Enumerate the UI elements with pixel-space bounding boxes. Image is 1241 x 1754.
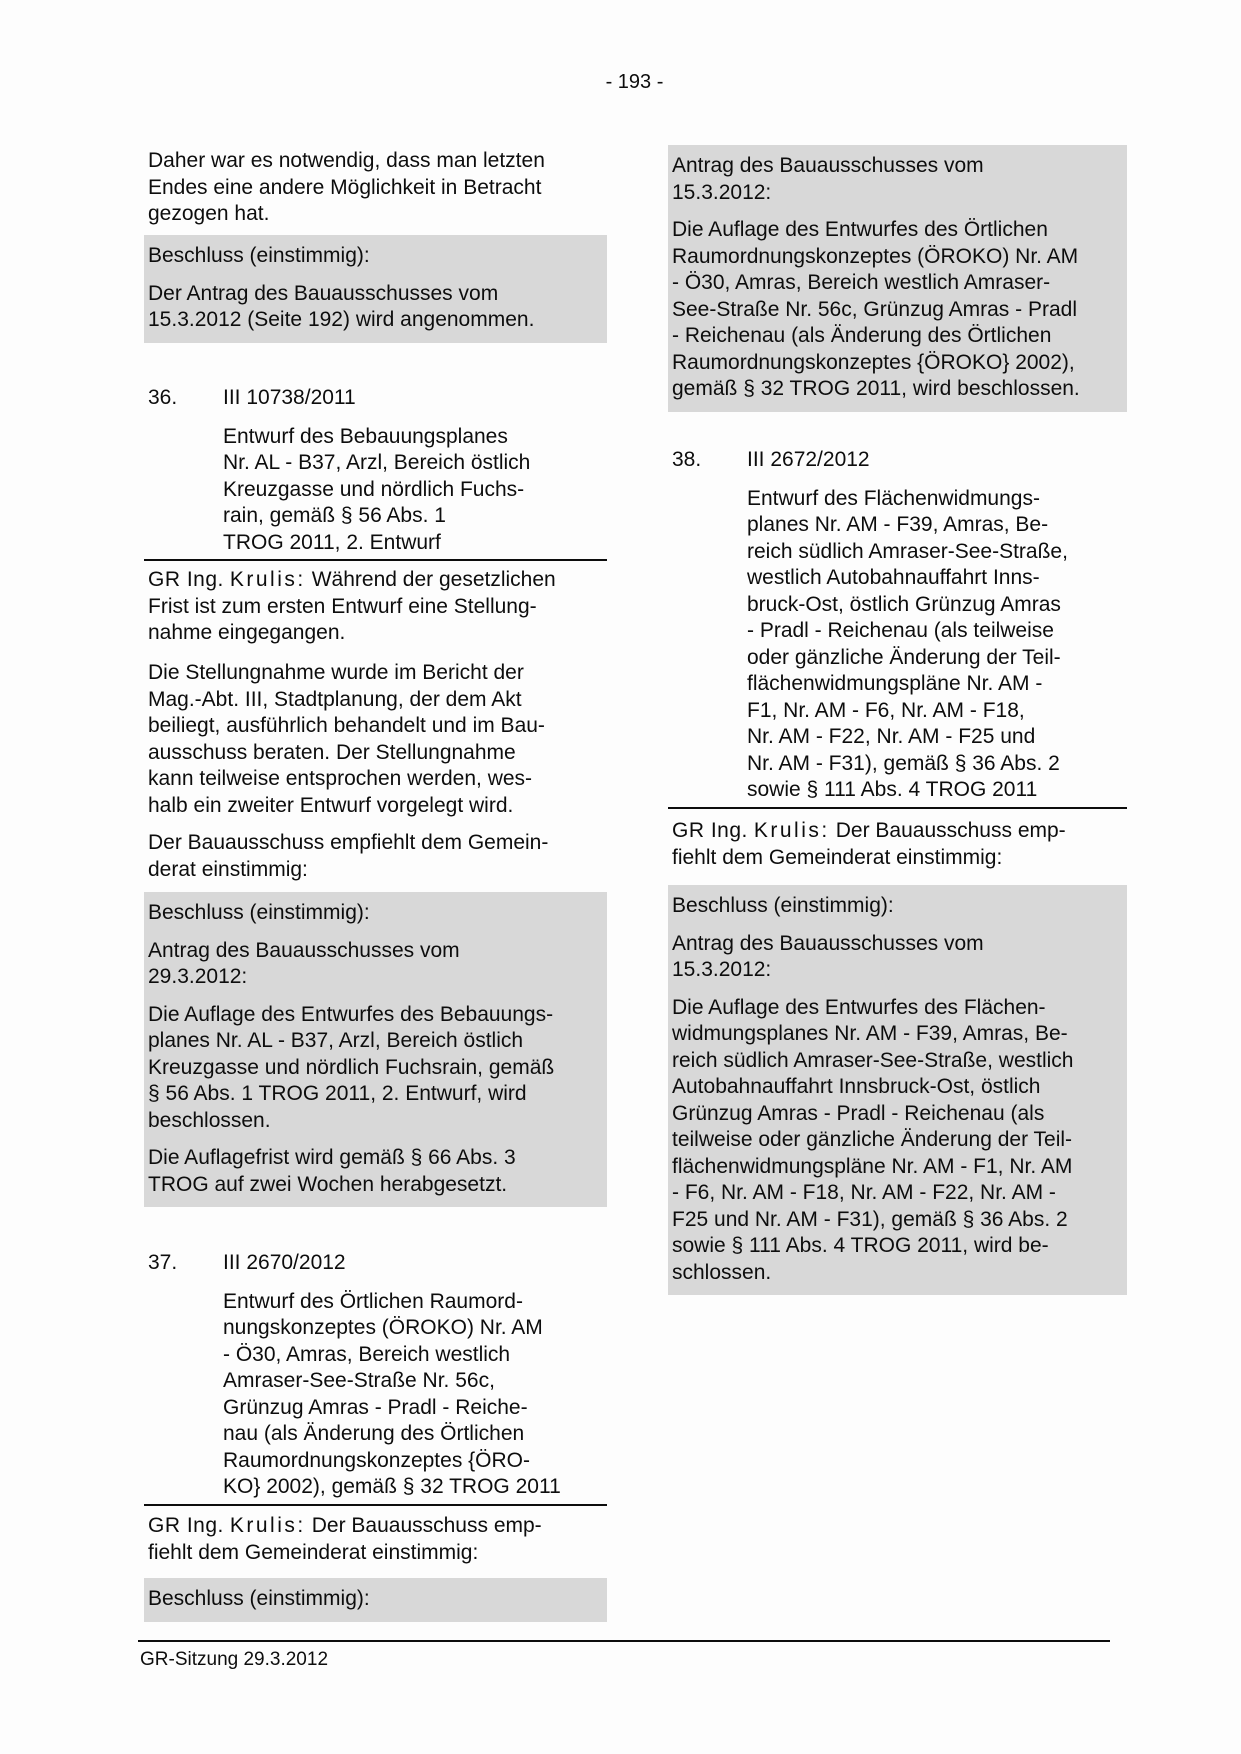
separator-rule [668, 807, 1127, 809]
agenda-item-header: 38.III 2672/2012 [672, 447, 1123, 474]
text-line: Die Auflage des Entwurfes des Örtlichen [672, 217, 1121, 244]
text-line: 29.3.2012: [148, 964, 601, 991]
text-line: Frist ist zum ersten Entwurf eine Stellu… [148, 594, 603, 621]
text-line: fiehlt dem Gemeinderat einstimmig: [148, 1540, 603, 1567]
text-line: fiehlt dem Gemeinderat einstimmig: [672, 845, 1123, 872]
item-reference: III 10738/2011 [223, 385, 356, 412]
decision-paragraph: Beschluss (einstimmig): [148, 1586, 601, 1613]
item-heading-line: Entwurf des Bebauungsplanes [223, 424, 603, 451]
decision-paragraph: Beschluss (einstimmig): [672, 893, 1121, 920]
agenda-item: 37.III 2670/2012Entwurf des Örtlichen Ra… [148, 1250, 603, 1506]
text-line: Kreuzgasse und nördlich Fuchsrain, gemäß [148, 1055, 601, 1082]
text-line: derat einstimmig: [148, 857, 603, 884]
item-heading-line: Amraser-See-Straße Nr. 56c, [223, 1368, 603, 1395]
decision-paragraph: Die Auflage des Entwurfes des Flächen-wi… [672, 995, 1121, 1287]
item-heading-line: oder gänzliche Änderung der Teil- [747, 645, 1123, 672]
agenda-item: 36.III 10738/2011Entwurf des Bebauungspl… [148, 385, 603, 561]
decision-paragraph: Die Auflage des Entwurfes des Bebauungs-… [148, 1002, 601, 1135]
item-number: 38. [672, 447, 747, 474]
text-line: 15.3.2012: [672, 180, 1121, 207]
item-heading-line: Grünzug Amras - Pradl - Reiche- [223, 1395, 603, 1422]
speaker-title: GR Ing. [672, 819, 748, 842]
text-line: Die Auflagefrist wird gemäß § 66 Abs. 3 [148, 1145, 601, 1172]
text-line: Die Stellungnahme wurde im Bericht der [148, 660, 603, 687]
text-line: Raumordnungskonzeptes {ÖROKO} 2002), [672, 350, 1121, 377]
text-line: 15.3.2012 (Seite 192) wird angenommen. [148, 307, 601, 334]
item-heading-line: - Ö30, Amras, Bereich westlich [223, 1342, 603, 1369]
speaker-title: GR Ing. [148, 568, 224, 591]
text-line-rest: Der Bauausschuss emp- [312, 1514, 542, 1537]
separator-rule [144, 559, 607, 561]
item-heading-line: Nr. AM - F31), gemäß § 36 Abs. 2 [747, 751, 1123, 778]
item-heading-line: westlich Autobahnauffahrt Inns- [747, 565, 1123, 592]
item-reference: III 2670/2012 [223, 1250, 346, 1277]
item-heading-line: flächenwidmungspläne Nr. AM - [747, 671, 1123, 698]
decision-paragraph: Beschluss (einstimmig): [148, 243, 601, 270]
item-heading-line: TROG 2011, 2. Entwurf [223, 530, 603, 557]
text-line: GR Ing.Krulis:Der Bauausschuss emp- [672, 818, 1123, 845]
text-line: kann teilweise entsprochen werden, wes- [148, 766, 603, 793]
decision-block: Beschluss (einstimmig):Antrag des Bauaus… [144, 892, 607, 1207]
text-line: Grünzug Amras - Pradl - Reichenau (als [672, 1101, 1121, 1128]
item-heading-line: - Pradl - Reichenau (als teilweise [747, 618, 1123, 645]
item-heading-line: Entwurf des Flächenwidmungs- [747, 486, 1123, 513]
item-number: 37. [148, 1250, 223, 1277]
speaker-name: Krulis: [230, 568, 306, 591]
item-heading-line: reich südlich Amraser-See-Straße, [747, 539, 1123, 566]
text-line: - Ö30, Amras, Bereich westlich Amraser- [672, 270, 1121, 297]
right-column: Antrag des Bauausschusses vom15.3.2012:D… [672, 0, 1123, 1754]
text-line: widmungsplanes Nr. AM - F39, Amras, Be- [672, 1021, 1121, 1048]
item-heading: Entwurf des Flächenwidmungs-planes Nr. A… [747, 486, 1123, 804]
text-line: sowie § 111 Abs. 4 TROG 2011, wird be- [672, 1233, 1121, 1260]
speech-paragraph: GR Ing.Krulis:Der Bauausschuss emp-fiehl… [672, 818, 1123, 871]
item-heading-line: KO} 2002), gemäß § 32 TROG 2011 [223, 1474, 603, 1501]
text-line: beiliegt, ausführlich behandelt und im B… [148, 713, 603, 740]
item-heading-line: F1, Nr. AM - F6, Nr. AM - F18, [747, 698, 1123, 725]
text-line: Die Auflage des Entwurfes des Flächen- [672, 995, 1121, 1022]
text-line: flächenwidmungspläne Nr. AM - F1, Nr. AM [672, 1154, 1121, 1181]
paragraph: Daher war es notwendig, dass man letzten… [148, 148, 603, 228]
item-heading-line: Nr. AL - B37, Arzl, Bereich östlich [223, 450, 603, 477]
text-line-rest: Der Bauausschuss emp- [836, 819, 1066, 842]
decision-paragraph: Antrag des Bauausschusses vom15.3.2012: [672, 153, 1121, 206]
text-line: nahme eingegangen. [148, 620, 603, 647]
item-heading-line: bruck-Ost, östlich Grünzug Amras [747, 592, 1123, 619]
item-heading-line: sowie § 111 Abs. 4 TROG 2011 [747, 777, 1123, 804]
item-heading-line: Entwurf des Örtlichen Raumord- [223, 1289, 603, 1316]
item-heading-line: rain, gemäß § 56 Abs. 1 [223, 503, 603, 530]
text-line: See-Straße Nr. 56c, Grünzug Amras - Prad… [672, 297, 1121, 324]
text-line: Beschluss (einstimmig): [148, 900, 601, 927]
item-heading-line: Kreuzgasse und nördlich Fuchs- [223, 477, 603, 504]
item-heading-line: Raumordnungskonzeptes {ÖRO- [223, 1448, 603, 1475]
document-page: - 193 - Daher war es notwendig, dass man… [0, 0, 1241, 1754]
agenda-item: 38.III 2672/2012Entwurf des Flächenwidmu… [672, 447, 1123, 809]
item-heading: Entwurf des BebauungsplanesNr. AL - B37,… [223, 424, 603, 557]
decision-paragraph: Beschluss (einstimmig): [148, 900, 601, 927]
text-line: planes Nr. AL - B37, Arzl, Bereich östli… [148, 1028, 601, 1055]
speaker-title: GR Ing. [148, 1514, 224, 1537]
text-line: Beschluss (einstimmig): [148, 243, 601, 270]
decision-block: Antrag des Bauausschusses vom15.3.2012:D… [668, 145, 1127, 412]
speaker-name: Krulis: [754, 819, 830, 842]
text-line: Endes eine andere Möglichkeit in Betrach… [148, 175, 603, 202]
text-line: ausschuss beraten. Der Stellungnahme [148, 740, 603, 767]
text-line: TROG auf zwei Wochen herabgesetzt. [148, 1172, 601, 1199]
decision-paragraph: Die Auflagefrist wird gemäß § 66 Abs. 3T… [148, 1145, 601, 1198]
text-line: beschlossen. [148, 1108, 601, 1135]
text-line: Der Bauausschuss empfiehlt dem Gemein- [148, 830, 603, 857]
text-line: Die Auflage des Entwurfes des Bebauungs- [148, 1002, 601, 1029]
decision-block: Beschluss (einstimmig):Der Antrag des Ba… [144, 235, 607, 343]
text-line: schlossen. [672, 1260, 1121, 1287]
footer-text: GR-Sitzung 29.3.2012 [140, 1649, 328, 1671]
text-line: GR Ing.Krulis:Während der gesetzlichen [148, 567, 603, 594]
decision-paragraph: Antrag des Bauausschusses vom15.3.2012: [672, 931, 1121, 984]
item-heading-line: nungskonzeptes (ÖROKO) Nr. AM [223, 1315, 603, 1342]
speech-paragraph: GR Ing.Krulis:Während der gesetzlichenFr… [148, 567, 603, 647]
decision-paragraph: Antrag des Bauausschusses vom29.3.2012: [148, 938, 601, 991]
text-line: Antrag des Bauausschusses vom [672, 153, 1121, 180]
text-line: Beschluss (einstimmig): [148, 1586, 601, 1613]
item-heading-line: planes Nr. AM - F39, Amras, Be- [747, 512, 1123, 539]
text-line: teilweise oder gänzliche Änderung der Te… [672, 1127, 1121, 1154]
item-heading-line: nau (als Änderung des Örtlichen [223, 1421, 603, 1448]
item-heading: Entwurf des Örtlichen Raumord-nungskonze… [223, 1289, 603, 1501]
text-line: § 56 Abs. 1 TROG 2011, 2. Entwurf, wird [148, 1081, 601, 1108]
item-reference: III 2672/2012 [747, 447, 870, 474]
text-line: - F6, Nr. AM - F18, Nr. AM - F22, Nr. AM… [672, 1180, 1121, 1207]
paragraph: Der Bauausschuss empfiehlt dem Gemein-de… [148, 830, 603, 883]
decision-paragraph: Die Auflage des Entwurfes des ÖrtlichenR… [672, 217, 1121, 403]
decision-block: Beschluss (einstimmig):Antrag des Bauaus… [668, 885, 1127, 1295]
text-line-rest: Während der gesetzlichen [312, 568, 556, 591]
text-line: Der Antrag des Bauausschusses vom [148, 281, 601, 308]
text-line: - Reichenau (als Änderung des Örtlichen [672, 323, 1121, 350]
paragraph: Die Stellungnahme wurde im Bericht derMa… [148, 660, 603, 819]
text-line: GR Ing.Krulis:Der Bauausschuss emp- [148, 1513, 603, 1540]
text-line: Antrag des Bauausschusses vom [672, 931, 1121, 958]
text-line: Daher war es notwendig, dass man letzten [148, 148, 603, 175]
text-line: Mag.-Abt. III, Stadtplanung, der dem Akt [148, 687, 603, 714]
speaker-name: Krulis: [230, 1514, 306, 1537]
speech-paragraph: GR Ing.Krulis:Der Bauausschuss emp-fiehl… [148, 1513, 603, 1566]
separator-rule [144, 1504, 607, 1506]
left-column: Daher war es notwendig, dass man letzten… [148, 0, 603, 1754]
item-number: 36. [148, 385, 223, 412]
decision-paragraph: Der Antrag des Bauausschusses vom15.3.20… [148, 281, 601, 334]
text-line: Raumordnungskonzeptes (ÖROKO) Nr. AM [672, 244, 1121, 271]
text-line: Autobahnauffahrt Innsbruck-Ost, östlich [672, 1074, 1121, 1101]
text-line: gemäß § 32 TROG 2011, wird beschlossen. [672, 376, 1121, 403]
text-line: F25 und Nr. AM - F31), gemäß § 36 Abs. 2 [672, 1207, 1121, 1234]
footer-divider [138, 1640, 1110, 1642]
decision-block: Beschluss (einstimmig): [144, 1578, 607, 1622]
text-line: 15.3.2012: [672, 957, 1121, 984]
text-line: reich südlich Amraser-See-Straße, westli… [672, 1048, 1121, 1075]
agenda-item-header: 36.III 10738/2011 [148, 385, 603, 412]
text-line: Antrag des Bauausschusses vom [148, 938, 601, 965]
item-heading-line: Nr. AM - F22, Nr. AM - F25 und [747, 724, 1123, 751]
text-line: Beschluss (einstimmig): [672, 893, 1121, 920]
text-line: gezogen hat. [148, 201, 603, 228]
agenda-item-header: 37.III 2670/2012 [148, 1250, 603, 1277]
text-line: halb ein zweiter Entwurf vorgelegt wird. [148, 793, 603, 820]
